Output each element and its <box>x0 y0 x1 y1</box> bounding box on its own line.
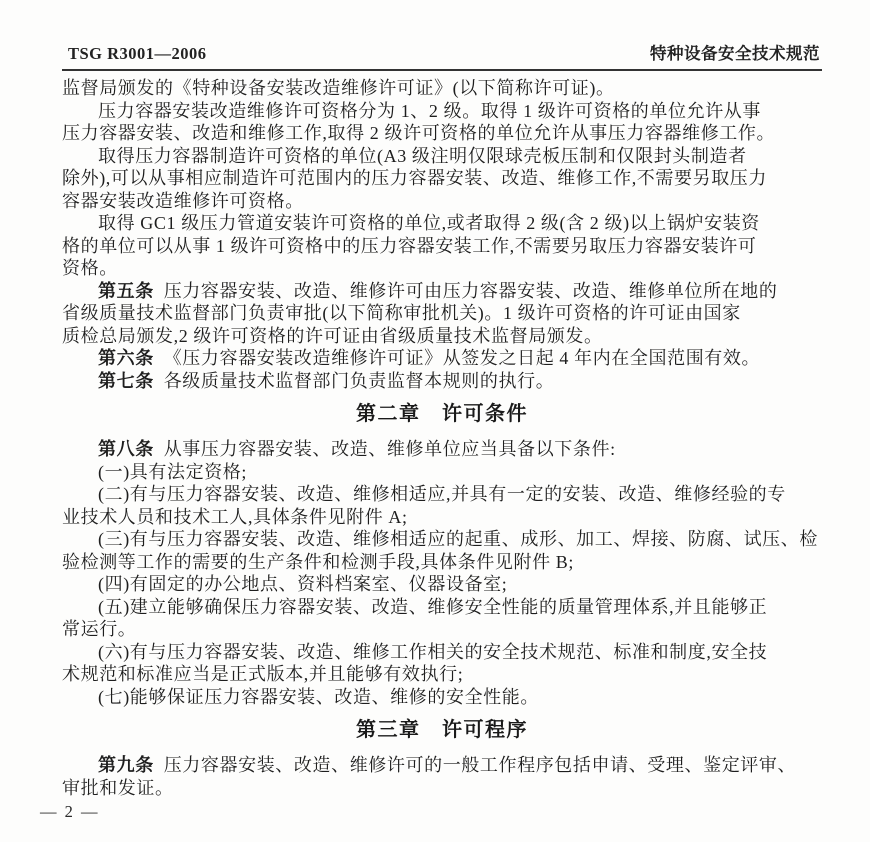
text-line: (七)能够保证压力容器安装、改造、维修的安全性能。 <box>62 686 822 709</box>
text-line: (六)有与压力容器安装、改造、维修工作相关的安全技术规范、标准和制度,安全技 <box>62 641 822 664</box>
text-line: (三)有与压力容器安装、改造、维修相适应的起重、成形、加工、焊接、防腐、试压、检 <box>62 528 822 551</box>
text-line: 第七条各级质量技术监督部门负责监督本规则的执行。 <box>62 370 822 393</box>
text-line: 除外),可以从事相应制造许可范围内的压力容器安装、改造、维修工作,不需要另取压力 <box>62 167 822 190</box>
document-title: 特种设备安全技术规范 <box>650 40 820 64</box>
chapter-heading: 第二章 许可条件 <box>62 402 822 426</box>
document-page: TSG R3001—2006 特种设备安全技术规范 监督局颁发的《特种设备安装改… <box>0 0 870 822</box>
text-line: (五)建立能够确保压力容器安装、改造、维修安全性能的质量管理体系,并且能够正 <box>62 596 822 619</box>
text-line: (一)具有法定资格; <box>62 461 822 484</box>
text-line: 审批和发证。 <box>62 777 822 800</box>
text-line: 质检总局颁发,2 级许可资格的许可证由省级质量技术监督局颁发。 <box>62 325 822 348</box>
text-line: 第五条压力容器安装、改造、维修许可由压力容器安装、改造、维修单位所在地的 <box>62 280 822 303</box>
text-line: 压力容器安装、改造和维修工作,取得 2 级许可资格的单位允许从事压力容器维修工作… <box>62 122 822 145</box>
text-line: 省级质量技术监督部门负责审批(以下简称审批机关)。1 级许可资格的许可证由国家 <box>62 302 822 325</box>
article-number: 第六条 <box>98 348 154 368</box>
page-number: — 2 — <box>40 802 800 822</box>
chapter-heading: 第三章 许可程序 <box>62 718 822 742</box>
document-code: TSG R3001—2006 <box>68 44 207 64</box>
document-body: 监督局颁发的《特种设备安装改造维修许可证》(以下简称许可证)。压力容器安装改造维… <box>62 77 822 799</box>
text-line: 验检测等工作的需要的生产条件和检测手段,具体条件见附件 B; <box>62 551 822 574</box>
text-line: 监督局颁发的《特种设备安装改造维修许可证》(以下简称许可证)。 <box>62 77 822 100</box>
article-number: 第七条 <box>98 371 154 391</box>
text-line: 第九条压力容器安装、改造、维修许可的一般工作程序包括申请、受理、鉴定评审、 <box>62 754 822 777</box>
article-number: 第八条 <box>98 439 154 459</box>
article-number: 第九条 <box>98 755 154 775</box>
text-line: 格的单位可以从事 1 级许可资格中的压力容器安装工作,不需要另取压力容器安装许可 <box>62 235 822 258</box>
text-line: (二)有与压力容器安装、改造、维修相适应,并具有一定的安装、改造、维修经验的专 <box>62 483 822 506</box>
text-line: 术规范和标准应当是正式版本,并且能够有效执行; <box>62 663 822 686</box>
text-line: 资格。 <box>62 257 822 280</box>
text-line: 取得 GC1 级压力管道安装许可资格的单位,或者取得 2 级(含 2 级)以上锅… <box>62 212 822 235</box>
article-number: 第五条 <box>98 281 154 301</box>
text-line: 第八条从事压力容器安装、改造、维修单位应当具备以下条件: <box>62 438 822 461</box>
page-header: TSG R3001—2006 特种设备安全技术规范 <box>62 40 822 64</box>
text-line: 取得压力容器制造许可资格的单位(A3 级注明仅限球壳板压制和仅限封头制造者 <box>62 145 822 168</box>
text-line: 容器安装改造维修许可资格。 <box>62 190 822 213</box>
header-rule <box>62 69 822 71</box>
text-line: 压力容器安装改造维修许可资格分为 1、2 级。取得 1 级许可资格的单位允许从事 <box>62 100 822 123</box>
text-line: 业技术人员和技术工人,具体条件见附件 A; <box>62 506 822 529</box>
text-line: 第六条《压力容器安装改造维修许可证》从签发之日起 4 年内在全国范围有效。 <box>62 347 822 370</box>
text-line: (四)有固定的办公地点、资料档案室、仪器设备室; <box>62 573 822 596</box>
text-line: 常运行。 <box>62 618 822 641</box>
